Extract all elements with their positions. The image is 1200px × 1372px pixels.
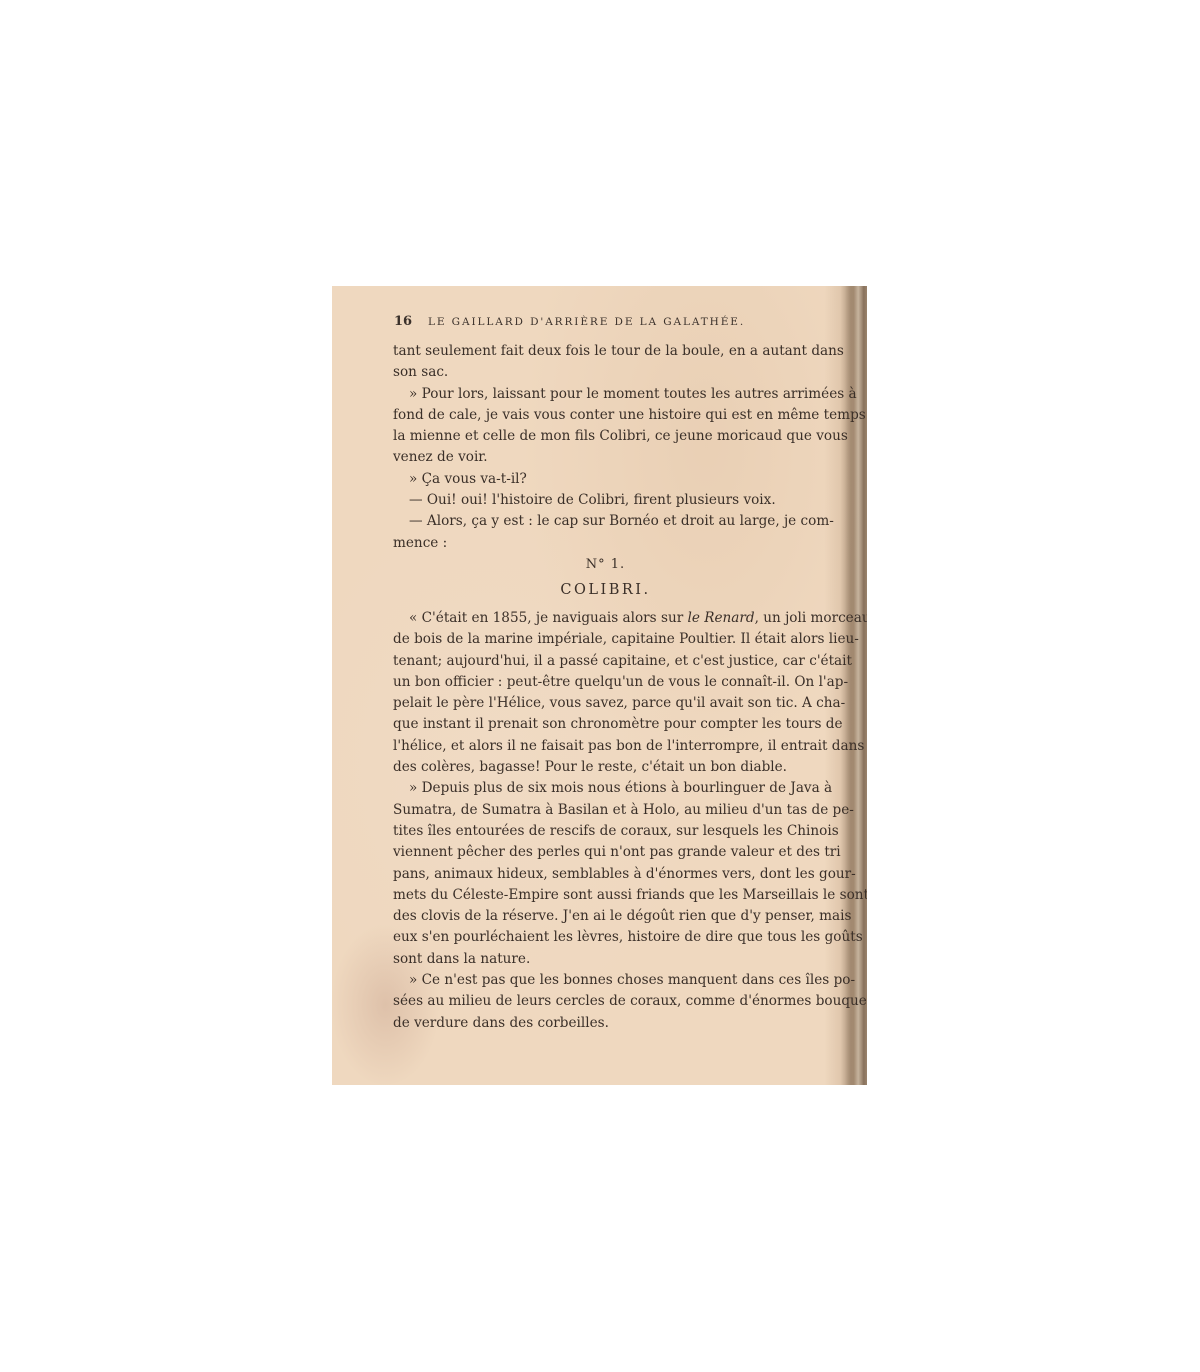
page-header: 16 LE GAILLARD D'ARRIÈRE DE LA GALATHÉE. — [394, 314, 814, 334]
text-line: de bois de la marine impériale, capitain… — [393, 629, 818, 650]
page-number: 16 — [394, 314, 412, 329]
paragraph: — Alors, ça y est : le cap sur Bornéo et… — [393, 511, 818, 554]
ship-name: le Renard — [688, 610, 755, 626]
text-line: » Ce n'est pas que les bonnes choses man… — [393, 970, 818, 991]
text-segment: « C'était en 1855, je naviguais alors su… — [409, 610, 688, 626]
text-line: mence : — [393, 533, 818, 554]
text-line: un bon officier : peut-être quelqu'un de… — [393, 672, 818, 693]
text-line: Sumatra, de Sumatra à Basilan et à Holo,… — [393, 800, 818, 821]
text-segment: , un joli morceau — [755, 610, 867, 626]
paragraph: — Oui! oui! l'histoire de Colibri, firen… — [393, 490, 818, 511]
paragraph: » Ce n'est pas que les bonnes choses man… — [393, 970, 818, 1034]
paragraph: » Ça vous va-t-il? — [393, 469, 818, 490]
text-line: » Pour lors, laissant pour le moment tou… — [393, 384, 818, 405]
page-body: tant seulement fait deux fois le tour de… — [393, 341, 818, 1034]
section-number: N° 1. — [393, 554, 818, 576]
text-line: » Depuis plus de six mois nous étions à … — [393, 778, 818, 799]
text-line: la mienne et celle de mon fils Colibri, … — [393, 426, 818, 447]
text-line: — Alors, ça y est : le cap sur Bornéo et… — [393, 511, 818, 532]
text-line: » Ça vous va-t-il? — [393, 469, 818, 490]
text-line: mets du Céleste-Empire sont aussi friand… — [393, 885, 818, 906]
book-page: 16 LE GAILLARD D'ARRIÈRE DE LA GALATHÉE.… — [332, 286, 867, 1085]
paragraph: » Pour lors, laissant pour le moment tou… — [393, 384, 818, 469]
text-line: des colères, bagasse! Pour le reste, c'é… — [393, 757, 818, 778]
text-line: « C'était en 1855, je naviguais alors su… — [393, 608, 818, 629]
text-line: fond de cale, je vais vous conter une hi… — [393, 405, 818, 426]
text-line: pans, animaux hideux, semblables à d'éno… — [393, 864, 818, 885]
text-line: — Oui! oui! l'histoire de Colibri, firen… — [393, 490, 818, 511]
text-line: son sac. — [393, 362, 818, 383]
text-line: tites îles entourées de rescifs de corau… — [393, 821, 818, 842]
text-line: tenant; aujourd'hui, il a passé capitain… — [393, 651, 818, 672]
book-spine-shadow — [845, 286, 867, 1085]
paragraph: tant seulement fait deux fois le tour de… — [393, 341, 818, 384]
text-line: pelait le père l'Hélice, vous savez, par… — [393, 693, 818, 714]
text-line: eux s'en pourléchaient les lèvres, histo… — [393, 927, 818, 948]
text-line: que instant il prenait son chronomètre p… — [393, 714, 818, 735]
paragraph: » Depuis plus de six mois nous étions à … — [393, 778, 818, 970]
text-line: venez de voir. — [393, 447, 818, 468]
text-line: sées au milieu de leurs cercles de corau… — [393, 991, 818, 1012]
text-line: l'hélice, et alors il ne faisait pas bon… — [393, 736, 818, 757]
text-line: de verdure dans des corbeilles. — [393, 1013, 818, 1034]
paragraph: « C'était en 1855, je naviguais alors su… — [393, 608, 818, 778]
text-line: sont dans la nature. — [393, 949, 818, 970]
text-line: tant seulement fait deux fois le tour de… — [393, 341, 818, 362]
section-title: COLIBRI. — [393, 576, 818, 604]
text-line: viennent pêcher des perles qui n'ont pas… — [393, 842, 818, 863]
running-title: LE GAILLARD D'ARRIÈRE DE LA GALATHÉE. — [428, 316, 745, 328]
text-line: des clovis de la réserve. J'en ai le dég… — [393, 906, 818, 927]
